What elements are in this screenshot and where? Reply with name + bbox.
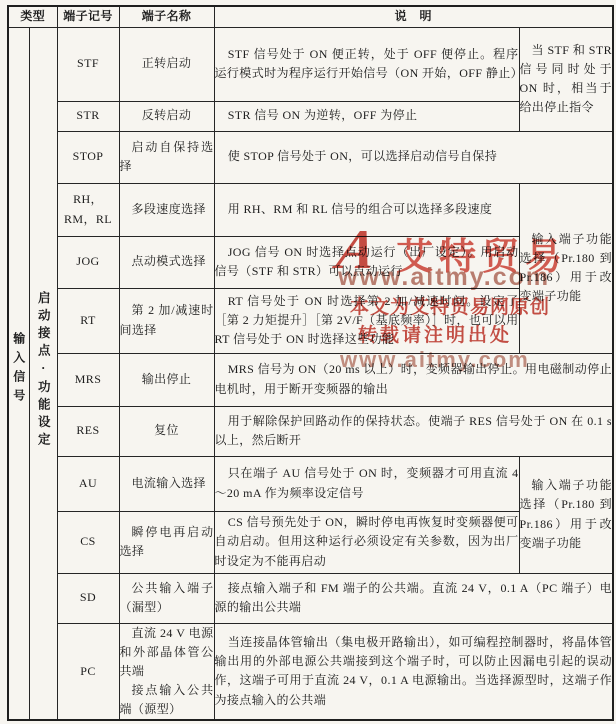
terminal-symbol: RT: [57, 288, 119, 353]
table-row: RES 复位 用于解除保护回路动作的保持状态。使端子 RES 信号处于 ON 在…: [8, 406, 613, 456]
terminal-symbol: JOG: [57, 236, 119, 288]
side-note-function-select: 输入端子功能选择（Pr.180 到 Pr.186）用于改变端子功能: [519, 183, 613, 353]
category-start-contact: 启动接点·功能设定: [29, 27, 57, 720]
header-description: 说 明: [214, 6, 613, 27]
terminal-description: 用于解除保护回路动作的保持状态。使端子 RES 信号处于 ON 在 0.1 s …: [214, 406, 613, 456]
terminal-symbol: SD: [57, 573, 119, 623]
terminal-description: 接点输入端子和 FM 端子的公共端。直流 24 V，0.1 A（PC 端子）电源…: [214, 573, 613, 623]
table-row: AU 电流输入选择 只在端子 AU 信号处于 ON 时，变频器才可用直流 4～2…: [8, 456, 613, 511]
terminal-name: 电流输入选择: [119, 456, 214, 511]
side-note-stf-str: 当 STF 和 STR 信号同时处于 ON 时，相当于给出停止指令: [519, 27, 613, 131]
terminal-symbol: STF: [57, 27, 119, 101]
terminal-description: 当连接晶体管输出（集电极开路输出），如可编程控制器时，将晶体管输出用的外部电源公…: [214, 623, 613, 720]
terminal-description: 只在端子 AU 信号处于 ON 时，变频器才可用直流 4～20 mA 作为频率设…: [214, 456, 519, 511]
terminal-description: 使 STOP 信号处于 ON，可以选择启动信号自保持: [214, 131, 613, 183]
terminal-description: STF 信号处于 ON 便正转，处于 OFF 便停止。程序运行模式时为程序运行开…: [214, 27, 519, 101]
terminal-description: JOG 信号 ON 时选择点动运行（出厂设定）。用启动信号（STF 和 STR）…: [214, 236, 519, 288]
table-row: MRS 输出停止 MRS 信号为 ON（20 ms 以上）时，变频器输出停止。用…: [8, 353, 613, 406]
scanned-page: 类型 端子记号 端子名称 说 明 输入信号 启动接点·功能设定 STF 正转启动…: [0, 0, 616, 724]
side-note-function-select: 输入端子功能选择（Pr.180 到 Pr.186）用于改变端子功能: [519, 456, 613, 573]
terminal-name: 点动模式选择: [119, 236, 214, 288]
terminal-description: RT 信号处于 ON 时选择第 2 加/减速时间。设定了［第 2 力矩提升］［第…: [214, 288, 519, 353]
terminal-name: 直流 24 V 电源和外部晶体管公共端 接点输入公共端（源型）: [119, 623, 214, 720]
terminal-symbol: STR: [57, 101, 119, 131]
terminal-signal-table: 类型 端子记号 端子名称 说 明 输入信号 启动接点·功能设定 STF 正转启动…: [7, 5, 614, 721]
terminal-symbol: CS: [57, 511, 119, 573]
terminal-name: 反转启动: [119, 101, 214, 131]
category-start-contact-label: 启动接点·功能设定: [37, 291, 50, 450]
terminal-name-line2: 接点输入公共端（源型）: [120, 681, 214, 719]
header-type: 类型: [8, 6, 57, 27]
terminal-name: 瞬停电再启动选择: [119, 511, 214, 573]
table-row: PC 直流 24 V 电源和外部晶体管公共端 接点输入公共端（源型） 当连接晶体…: [8, 623, 613, 720]
terminal-symbol: RH，RM，RL: [57, 183, 119, 236]
terminal-name: 公共输入端子（漏型）: [119, 573, 214, 623]
terminal-description: MRS 信号为 ON（20 ms 以上）时，变频器输出停止。用电磁制动停止电机时…: [214, 353, 613, 406]
table-header-row: 类型 端子记号 端子名称 说 明: [8, 6, 613, 27]
terminal-symbol: STOP: [57, 131, 119, 183]
header-terminal-name: 端子名称: [119, 6, 214, 27]
table-row: 输入信号 启动接点·功能设定 STF 正转启动 STF 信号处于 ON 便正转，…: [8, 27, 613, 101]
terminal-name: 第 2 加/减速时间选择: [119, 288, 214, 353]
terminal-symbol: PC: [57, 623, 119, 720]
terminal-description: STR 信号 ON 为逆转，OFF 为停止: [214, 101, 519, 131]
terminal-name: 输出停止: [119, 353, 214, 406]
table-row: STOP 启动自保持选择 使 STOP 信号处于 ON，可以选择启动信号自保持: [8, 131, 613, 183]
table-row: SD 公共输入端子（漏型） 接点输入端子和 FM 端子的公共端。直流 24 V，…: [8, 573, 613, 623]
table-row: RH，RM，RL 多段速度选择 用 RH、RM 和 RL 信号的组合可以选择多段…: [8, 183, 613, 236]
category-input-signal-label: 输入信号: [13, 332, 25, 408]
terminal-name-line1: 直流 24 V 电源和外部晶体管公共端: [120, 624, 214, 682]
terminal-name: 启动自保持选择: [119, 131, 214, 183]
terminal-symbol: RES: [57, 406, 119, 456]
terminal-name: 多段速度选择: [119, 183, 214, 236]
terminal-description: CS 信号预先处于 ON，瞬时停电再恢复时变频器便可自动启动。但用这种运行必须设…: [214, 511, 519, 573]
terminal-symbol: MRS: [57, 353, 119, 406]
terminal-symbol: AU: [57, 456, 119, 511]
terminal-name: 复位: [119, 406, 214, 456]
category-input-signal: 输入信号: [8, 27, 29, 720]
header-terminal-symbol: 端子记号: [57, 6, 119, 27]
terminal-description: 用 RH、RM 和 RL 信号的组合可以选择多段速度: [214, 183, 519, 236]
terminal-name: 正转启动: [119, 27, 214, 101]
